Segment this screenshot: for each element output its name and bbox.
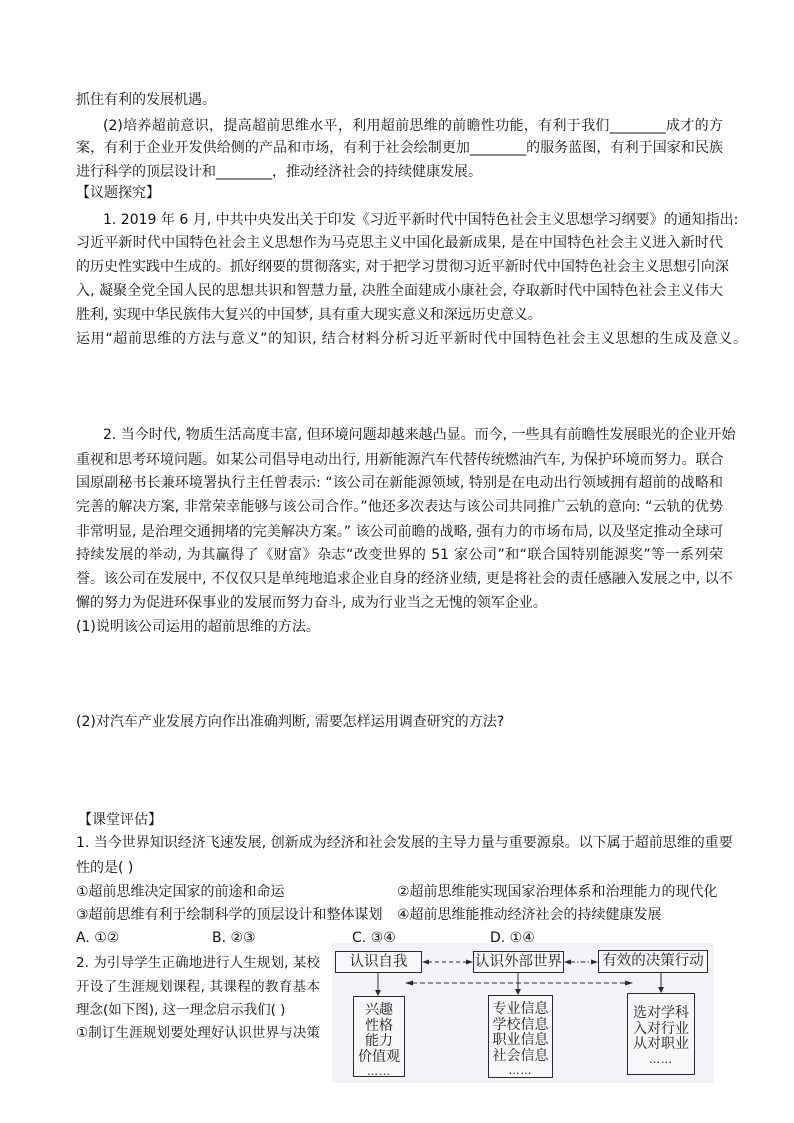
career-planning-diagram: 认识自我 认识外部世界 有效的决策行动 兴趣 性格 能力 价值观 …… 专业信息…: [332, 943, 714, 1083]
question-line: 入, 凝聚全党全国人民的思想共识和智慧力量, 决胜全面建成小康社会, 夺取新时代…: [76, 282, 723, 300]
question-line: 非常明显, 是治理交通拥堵的完美解决方案。” 该公司前瞻的战略, 强有力的市场布…: [76, 523, 723, 541]
question-line: 国原副秘书长兼环境署执行主任曾表示: “该公司在新能源领域, 特别是在电动出行领…: [76, 474, 723, 492]
question-prompt: 运用“超前思维的方法与意义”的知识, 结合材料分析习近平新时代中国特色社会主义思…: [76, 330, 747, 348]
question-line: 2. 当今时代, 物质生活高度丰富, 但环境问题却越来越凸显。而今, 一些具有前…: [103, 426, 723, 444]
statement-option: ①超前思维决定国家的前途和命运: [76, 883, 285, 901]
paragraph-line: 案，有利于企业开发供给侧的产品和市场，有利于社会绘制更加________的服务蓝…: [76, 139, 723, 157]
list-item: 职业信息: [489, 1033, 552, 1049]
question-line: 的历史性实践中生成的。抓好纲要的贯彻落实, 对于把学习贯彻习近平新时代中国特色社…: [76, 258, 723, 276]
box-know-self: 认识自我: [335, 951, 422, 973]
question-line: 完善的解决方案, 非常荣幸能够与该公司合作。”他还多次表达与该公司共同推广云轨的…: [76, 498, 723, 516]
question-line: 持续发展的举动, 为其赢得了《财富》杂志“改变世界的 51 家公司”和“联合国特…: [76, 546, 723, 564]
list-item: 社会信息: [489, 1049, 552, 1065]
list-item: 能力: [354, 1034, 404, 1050]
question-line: 1. 2019 年 6 月, 中共中央发出关于印发《习近平新时代中国特色社会主义…: [103, 211, 723, 229]
question-line: 2. 为引导学生正确地进行人生规划, 某校: [76, 954, 320, 972]
question-line: 重视和思考环境问题。如某公司倡导电动出行, 用新能源汽车代替传统燃油汽车, 为保…: [76, 451, 723, 469]
sub-question-1: (1)说明该公司运用的超前思维的方法。: [76, 618, 320, 636]
question-line: ①制订生涯规划要处理好认识世界与决策: [76, 1024, 320, 1042]
box-know-world: 认识外部世界: [473, 951, 564, 973]
continuation-text: 抓住有利的发展机遇。: [76, 91, 216, 109]
list-item: ……: [628, 1053, 694, 1066]
box-decision-action: 有效的决策行动: [598, 950, 708, 973]
list-item: 价值观: [354, 1050, 404, 1066]
list-item: 专业信息: [489, 1002, 552, 1018]
list-item: 性格: [354, 1019, 404, 1035]
paragraph-line: (2)培养超前意识，提高超前思维水平，利用超前思维的前瞻性功能，有利于我们___…: [103, 117, 723, 135]
question-line: 誉。该公司在发展中, 不仅仅只是单纯地追求企业自身的经济业绩, 更是将社会的责任…: [76, 570, 723, 588]
question-line: 开设了生涯规划课程, 其课程的教育基本: [76, 978, 320, 996]
list-item: 从对职业: [628, 1037, 694, 1053]
list-item: 学校信息: [489, 1018, 552, 1034]
box-action-choices: 选对学科 入对行业 从对职业 ……: [627, 993, 695, 1075]
list-item: ……: [489, 1064, 552, 1077]
box-world-info: 专业信息 学校信息 职业信息 社会信息 ……: [488, 995, 553, 1078]
statement-option: ④超前思维能推动经济社会的持续健康发展: [397, 906, 662, 924]
list-item: 兴趣: [354, 1003, 404, 1019]
question-line: 胜利, 实现中华民族伟大复兴的中国梦, 具有重大现实意义和深远历史意义。: [76, 306, 542, 324]
question-line: 理念(如下图), 这一理念启示我们( ): [76, 1001, 285, 1019]
list-item: 选对学科: [628, 1006, 694, 1022]
statement-option: ②超前思维能实现国家治理体系和治理能力的现代化: [397, 883, 718, 901]
statement-option: ③超前思维有利于绘制科学的顶层设计和整体谋划: [76, 906, 383, 924]
answer-choice-b: B. ②③: [212, 929, 256, 947]
question-line: 习近平新时代中国特色社会主义思想作为马克思主义中国化最新成果, 是在中国特色社会…: [76, 234, 723, 252]
list-item: 入对行业: [628, 1022, 694, 1038]
box-self-factors: 兴趣 性格 能力 价值观 ……: [353, 996, 405, 1077]
question-line: 1. 当今世界知识经济飞速发展, 创新成为经济和社会发展的主导力量与重要源泉。以…: [76, 834, 723, 852]
answer-choice-a: A. ①②: [76, 929, 119, 947]
section-heading-assessment: 【课堂评估】: [78, 811, 162, 829]
paragraph-line: 进行科学的顶层设计和________，推动经济社会的持续健康发展。: [76, 163, 482, 181]
sub-question-2: (2)对汽车产业发展方向作出准确判断, 需要怎样运用调查研究的方法?: [76, 713, 504, 731]
section-heading-explore: 【议题探究】: [76, 184, 160, 202]
question-line: 性的是( ): [76, 859, 133, 877]
list-item: ……: [354, 1065, 404, 1078]
question-line: 懈的努力为促进环保事业的发展而努力奋斗, 成为行业当之无愧的领军企业。: [76, 594, 547, 612]
